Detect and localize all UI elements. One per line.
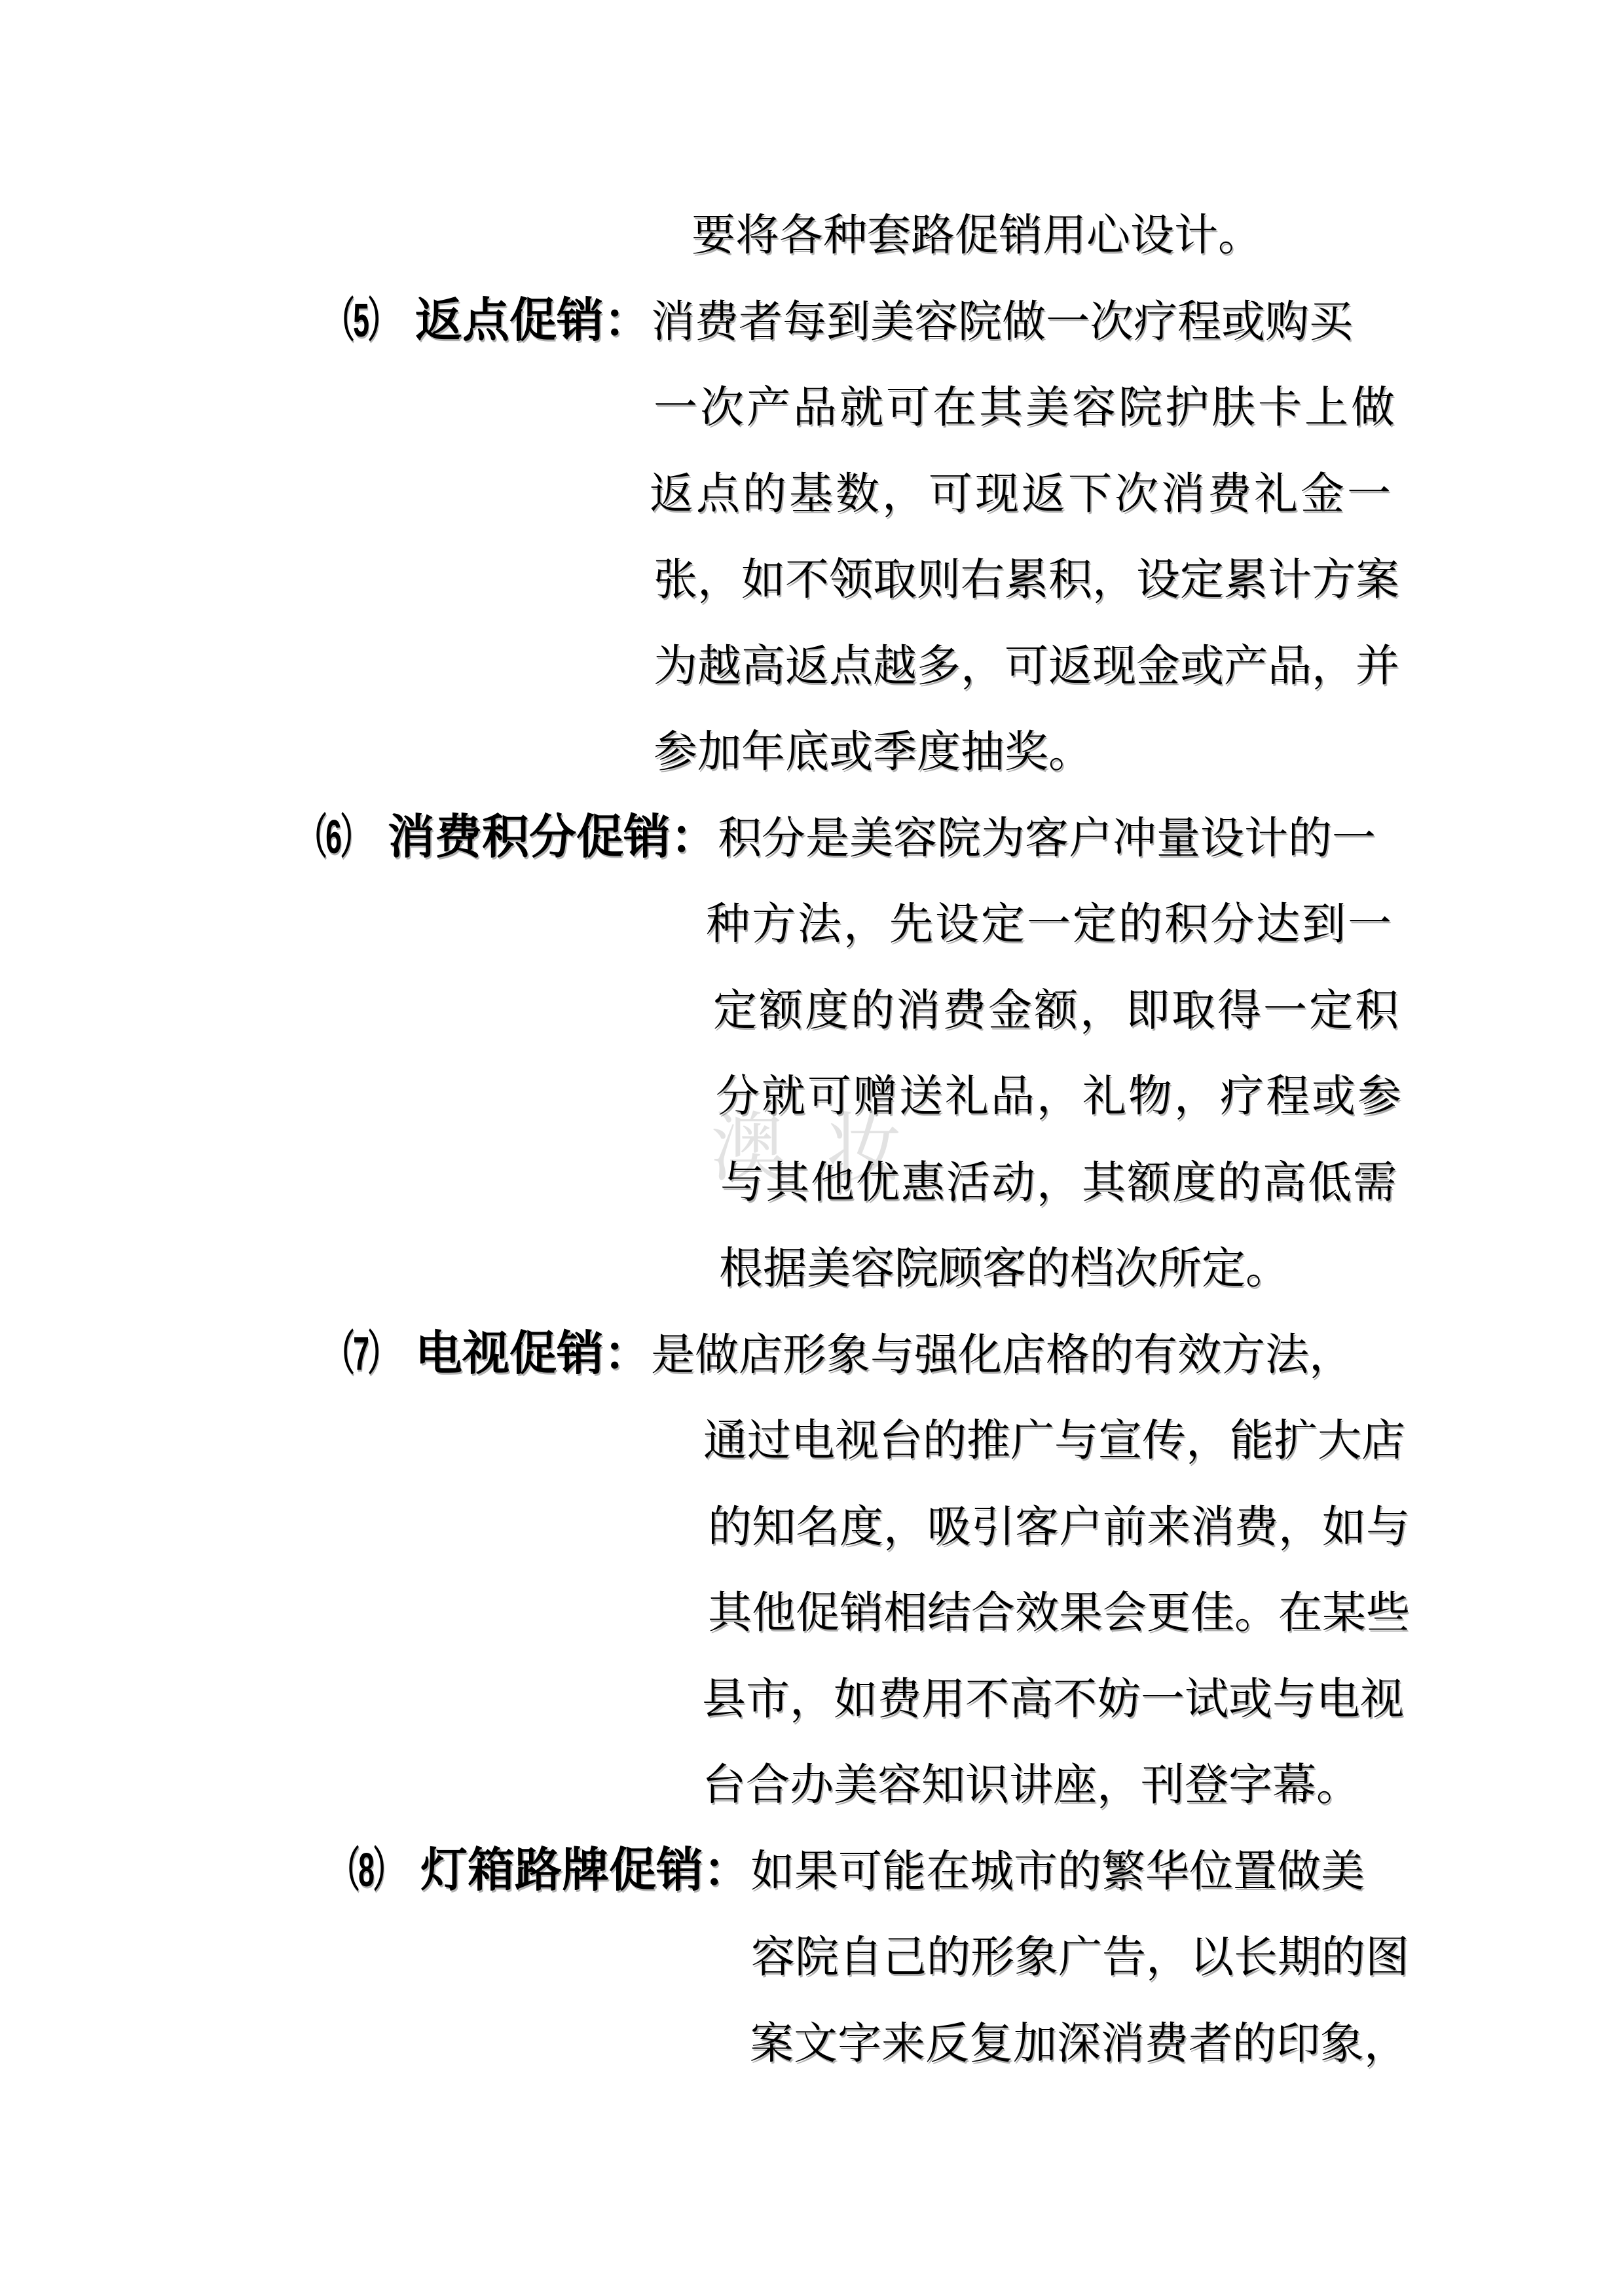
section-title: 返点促销： — [415, 295, 651, 347]
text-line: 与其他优惠活动，其额度的高低需 — [720, 1159, 1398, 1207]
section-body-text: 积分是美容院为客户冲量设计的一 — [718, 814, 1376, 863]
section-body-text: 消费者每到美容院做一次疗程或购买 — [651, 298, 1353, 346]
text-line: 一次产品就可在其美容院护肤卡上做 — [654, 384, 1397, 431]
text-line: 要将各种套路促销用心设计。 — [692, 212, 1262, 259]
text-line: 县市，如费用不高不妨一试或与电视 — [702, 1676, 1404, 1723]
text-line: 案文字来反复加深消费者的印象， — [750, 2020, 1408, 2068]
text-line: 台合办美容知识讲座，刊登字幕。 — [702, 1762, 1360, 1809]
section-number: （7） — [325, 1329, 396, 1380]
text-line: 其他促销相结合效果会更佳。在某些 — [708, 1590, 1410, 1637]
section-7-heading-line: （7）电视促销：是做店形象与强化店格的有效方法， — [325, 1329, 1353, 1380]
text-line: 容院自己的形象广告，以长期的图 — [751, 1934, 1409, 1981]
section-8-heading-line: （8）灯箱路牌促销：如果可能在城市的繁华位置做美 — [331, 1846, 1365, 1897]
section-number: （5） — [325, 296, 396, 347]
section-number: （6） — [298, 812, 368, 864]
text-line: 根据美容院顾客的档次所定。 — [719, 1245, 1289, 1292]
section-title: 灯箱路牌促销： — [420, 1844, 750, 1897]
text-line: 通过电视台的推广与宣传，能扩大店 — [703, 1417, 1405, 1465]
section-5-heading-line: （5）返点促销：消费者每到美容院做一次疗程或购买 — [325, 296, 1353, 347]
section-body-text: 是做店形象与强化店格的有效方法， — [651, 1331, 1353, 1379]
text-line: 的知名度，吸引客户前来消费，如与 — [708, 1504, 1410, 1551]
document-page: 澳妆 要将各种套路促销用心设计。 （5）返点促销：消费者每到美容院做一次疗程或购… — [0, 0, 1624, 2296]
text-line: 参加年底或季度抽奖。 — [654, 729, 1092, 776]
text-line: 返点的基数，可现返下次消费礼金一 — [650, 471, 1393, 518]
section-title: 消费积分促销： — [388, 811, 718, 864]
text-line: 分就可赠送礼品，礼物，疗程或参 — [716, 1073, 1403, 1120]
section-number: （8） — [331, 1846, 401, 1897]
section-6-heading-line: （6）消费积分促销：积分是美容院为客户冲量设计的一 — [298, 812, 1376, 864]
section-title: 电视促销： — [415, 1328, 651, 1380]
text-line: 张，如不领取则右累积，设定累计方案 — [654, 556, 1399, 604]
text-line: 种方法，先设定一定的积分达到一 — [706, 901, 1393, 948]
text-line: 为越高返点越多，可返现金或产品，并 — [654, 643, 1399, 690]
section-body-text: 如果可能在城市的繁华位置做美 — [750, 1848, 1365, 1896]
text-line: 定额度的消费金额，即取得一定积 — [713, 987, 1401, 1034]
